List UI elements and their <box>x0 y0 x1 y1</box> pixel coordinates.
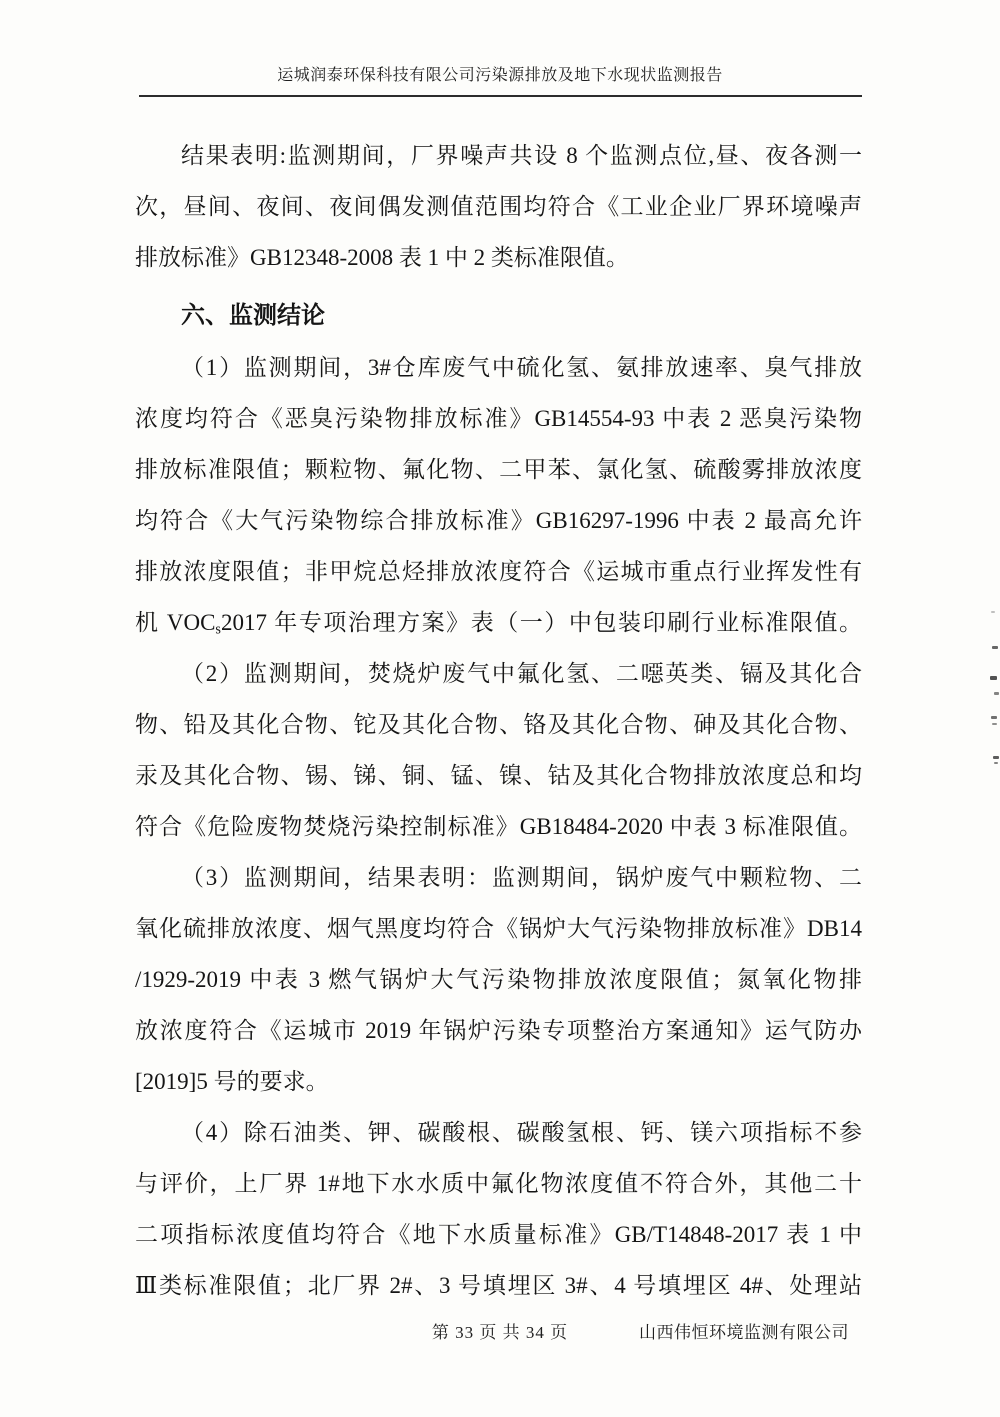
report-header-title: 运城润泰环保科技有限公司污染源排放及地下水现状监测报告 <box>0 62 1000 85</box>
footer-company-name: 山西伟恒环境监测有限公司 <box>639 1318 849 1343</box>
paragraph-line: 浓度均符合《恶臭污染物排放标准》GB14554-93 中表 2 恶臭污染物 <box>135 393 862 444</box>
scan-artifact <box>991 716 997 719</box>
paragraph-line: 排放标准》GB12348-2008 表 1 中 2 类标准限值。 <box>135 232 862 283</box>
document-body: 结果表明:监测期间，厂界噪声共设 8 个监测点位,昼、夜各测一 次，昼间、夜间、… <box>135 130 862 1311</box>
paragraph-line: 放浓度符合《运城市 2019 年锅炉污染专项整治方案通知》运气防办 <box>135 1005 862 1056</box>
text-run: 2017 年专项治理方案》表（一）中包装印刷行业标准限值。 <box>221 610 862 635</box>
paragraph-line: （4）除石油类、钾、碳酸根、碳酸氢根、钙、镁六项指标不参 <box>135 1107 862 1158</box>
paragraph-line: 二项指标浓度值均符合《地下水质量标准》GB/T14848-2017 表 1 中 <box>135 1209 862 1260</box>
paragraph-line: 排放浓度限值；非甲烷总烃排放浓度符合《运城市重点行业挥发性有 <box>135 546 862 597</box>
paragraph-line: 汞及其化合物、锡、锑、铜、锰、镍、钴及其化合物排放浓度总和均 <box>135 750 862 801</box>
scan-artifact <box>992 646 998 649</box>
paragraph-line: 机 VOCs2017 年专项治理方案》表（一）中包装印刷行业标准限值。 <box>135 597 862 648</box>
paragraph-line: 符合《危险废物焚烧污染控制标准》GB18484-2020 中表 3 标准限值。 <box>135 801 862 852</box>
document-page: 运城润泰环保科技有限公司污染源排放及地下水现状监测报告 结果表明:监测期间，厂界… <box>0 0 1000 1417</box>
scan-artifact <box>990 676 997 680</box>
paragraph-line: （2）监测期间，焚烧炉废气中氟化氢、二噁英类、镉及其化合 <box>135 648 862 699</box>
paragraph-line: 与评价，上厂界 1#地下水水质中氟化物浓度值不符合外，其他二十 <box>135 1158 862 1209</box>
paragraph-line: 物、铅及其化合物、铊及其化合物、铬及其化合物、砷及其化合物、 <box>135 699 862 750</box>
paragraph-line: [2019]5 号的要求。 <box>135 1056 862 1107</box>
paragraph-line: 结果表明:监测期间，厂界噪声共设 8 个监测点位,昼、夜各测一 <box>135 130 862 181</box>
scan-artifact <box>991 611 995 613</box>
footer-page-indicator: 第 33 页 共 34 页 <box>0 1318 1000 1343</box>
paragraph-line: （1）监测期间，3#仓库废气中硫化氢、氨排放速率、臭气排放 <box>135 342 862 393</box>
scan-artifact <box>994 692 999 695</box>
scan-artifact <box>993 756 999 759</box>
scan-artifact <box>992 723 997 725</box>
text-run: 机 VOC <box>135 610 215 635</box>
paragraph-line: 次，昼间、夜间、夜间偶发测值范围均符合《工业企业厂界环境噪声 <box>135 181 862 232</box>
paragraph-line: 均符合《大气污染物综合排放标准》GB16297-1996 中表 2 最高允许 <box>135 495 862 546</box>
paragraph-line: （3）监测期间，结果表明：监测期间，锅炉废气中颗粒物、二 <box>135 852 862 903</box>
paragraph-line: Ⅲ类标准限值；北厂界 2#、3 号填埋区 3#、4 号填埋区 4#、处理站 <box>135 1260 862 1311</box>
paragraph-line: 氧化硫排放浓度、烟气黑度均符合《锅炉大气污染物排放标准》DB14 <box>135 903 862 954</box>
scan-artifact <box>994 762 998 764</box>
paragraph-line: /1929-2019 中表 3 燃气锅炉大气污染物排放浓度限值；氮氧化物排 <box>135 954 862 1005</box>
header-rule <box>139 95 862 97</box>
section-heading: 六、监测结论 <box>135 291 862 342</box>
paragraph-line: 排放标准限值；颗粒物、氟化物、二甲苯、氯化氢、硫酸雾排放浓度 <box>135 444 862 495</box>
